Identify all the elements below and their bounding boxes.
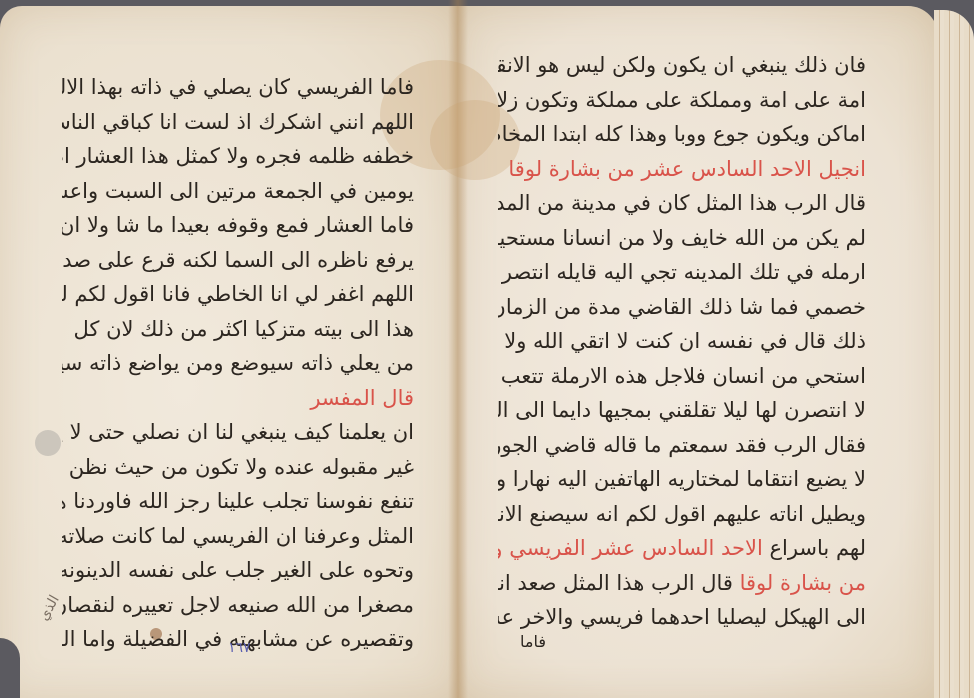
ink-spot	[35, 430, 61, 456]
text-line: يرفع ناظره الى السما لكنه قرع على صدره ق…	[62, 243, 414, 278]
text-line: فاما العشار فمع وقوفه بعيدا ما شا ولا ان	[62, 208, 414, 243]
left-page-text: فاما الفريسي كان يصلي في ذاته بهذا الالف…	[62, 70, 414, 657]
page-edges	[934, 10, 974, 698]
text-line: هذا الى بيته متزكيا اكثر من ذلك لان كل	[62, 312, 414, 347]
text-line: امة على امة ومملكة على مملكة وتكون زلازل…	[498, 83, 866, 118]
text-line: الى الهيكل ليصليا احدهما فريسي والاخر عش…	[498, 600, 866, 635]
text-line: اللهم انني اشكرك اذ لست انا كباقي الناس	[62, 105, 414, 140]
text-line: المثل وعرفنا ان الفريسي لما كانت صلاته ب…	[62, 519, 414, 554]
rubric: الاحد السادس عشر الفريسي والعشار	[498, 536, 763, 560]
text-line-with-rubric: لهم باسراع الاحد السادس عشر الفريسي والع…	[498, 531, 866, 566]
text-line: ارمله في تلك المدينه تجي اليه قايله انتص…	[498, 255, 866, 290]
text-line: لم يكن من الله خايف ولا من انسانا مستحيا…	[498, 221, 866, 256]
right-page-text: فان ذلك ينبغي ان يكون ولكن ليس هو الانقض…	[498, 48, 866, 635]
text-line: اماكن ويكون جوع ووبا وهذا كله ابتدا المخ…	[498, 117, 866, 152]
text-line: من يعلي ذاته سيوضع ومن يواضع ذاته سيرتفع	[62, 346, 414, 381]
text-line: اللهم اغفر لي انا الخاطي فانا اقول لكم ل…	[62, 277, 414, 312]
text-line: وتحوه على الغير جلب على نفسه الدينونه وذ…	[62, 553, 414, 588]
text-line: ذلك قال في نفسه ان كنت لا اتقي الله ولا	[498, 324, 866, 359]
text-line: لا انتصرن لها ليلا تقلقني بمجيها دايما ا…	[498, 393, 866, 428]
text-line: استحي من انسان فلاجل هذه الارملة تتعب لي…	[498, 359, 866, 394]
text-line: مصغرا من الله صنيعه لاجل تعييره لنقصان غ…	[62, 588, 414, 623]
text-line: يومين في الجمعة مرتين الى السبت واعشر كل…	[62, 174, 414, 209]
text-line: خطفه ظلمه فجره ولا كمثل هذا العشار اصوم	[62, 139, 414, 174]
text-line: ويطيل اناته عليهم اقول لكم انه سيصنع الا…	[498, 497, 866, 532]
text-line: ان يعلمنا كيف ينبغي لنا ان نصلي حتى لا ي…	[62, 415, 414, 450]
text-line: تنفع نفوسنا تجلب علينا رجز الله فاوردنا …	[62, 484, 414, 519]
open-manuscript: فاما الفريسي كان يصلي في ذاته بهذا الالف…	[0, 0, 974, 698]
text-line-with-rubric: قال المفسر	[62, 381, 414, 416]
rubric: من بشارة لوقا	[740, 571, 866, 595]
text-line: فقال الرب فقد سمعتم ما قاله قاضي الجور ف…	[498, 428, 866, 463]
background-corner	[0, 638, 20, 698]
rubric: قال المفسر	[310, 386, 414, 410]
catchword: فاما	[520, 632, 546, 651]
text-line: قال الرب هذا المثل كان في مدينة من المدن…	[498, 186, 866, 221]
text-line: غير مقبوله عنده ولا تكون من حيث نظن انا	[62, 450, 414, 485]
folio-number: ١٦٧	[228, 640, 251, 656]
text-line-with-rubric: من بشارة لوقا قال الرب هذا المثل صعد انس…	[498, 566, 866, 601]
text-line: لا يضيع انتقاما لمختاريه الهاتفين اليه ن…	[498, 462, 866, 497]
text-line: فان ذلك ينبغي ان يكون ولكن ليس هو الانقض…	[498, 48, 866, 83]
rubric-heading: انجيل الاحد السادس عشر من بشارة لوقا	[498, 152, 866, 187]
text-line: خصمي فما شا ذلك القاضي مدة من الزمان وبع…	[498, 290, 866, 325]
text-line: فاما الفريسي كان يصلي في ذاته بهذا الالف…	[62, 70, 414, 105]
